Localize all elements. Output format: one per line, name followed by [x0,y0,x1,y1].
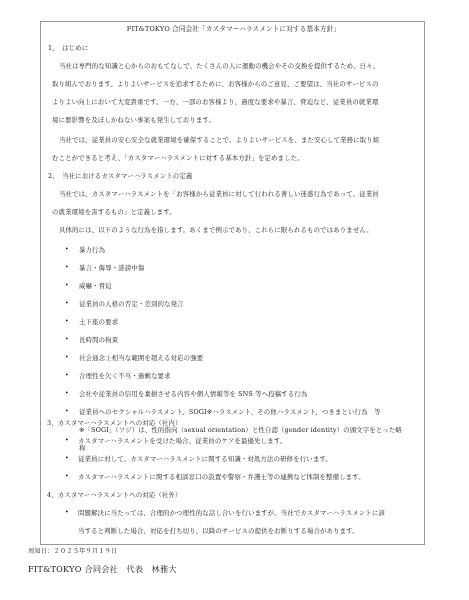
company-signature: FIT&TOKYO 合同会社 代表 林雅大 [28,564,177,574]
bullet-icon: • [65,318,69,326]
bullet-icon: • [65,372,69,380]
policy-document-box: FIT&TOKYO 合同会社「カスタマーハラスメントに対する基本方針」 1、 は… [40,21,425,545]
section-1-paragraph-1-line-4: 境に悪影響を及ぼしかねない事案も発生しております。 [52,116,215,124]
list-item: 長時間の拘束 [79,336,118,344]
list-item: 土下座の要求 [79,318,118,326]
bullet-icon: • [65,264,69,272]
section-2-paragraph-2: 具体的には、以下のような行為を指します。あくまで例示であり、これらに限られるもの… [59,226,373,234]
section-3-heading: 3、カスタマーハラスメントへの対応（社内） [47,419,182,427]
bullet-icon: • [65,437,69,445]
list-item-line-1: 問題解決に当たっては、合理的かつ理性的な話し合いを行いますが、当社でカスタマーハ… [78,509,385,517]
bullet-icon: • [65,246,69,254]
list-item-line-2: 当すると判断した場合、対応を打ち切り、以降のサービスの提供をお断りする場合があり… [78,527,359,535]
section-1-heading: 1、 はじめに [48,44,88,52]
bullet-icon: • [65,354,69,362]
document-title: FIT&TOKYO 合同会社「カスタマーハラスメントに対する基本方針」 [41,25,426,33]
sogi-note-line-1: ※「SOGI」（ソジ）は、性的指向（sexual orientation）と性自… [79,426,402,434]
list-item: 暴言・侮辱・誹謗中傷 [79,264,144,272]
bullet-icon: • [65,300,69,308]
bullet-icon: • [65,282,69,290]
sogi-note-line-2: 称 [79,444,86,452]
bullet-icon: • [65,473,69,481]
list-item: 従業員に対して、カスタマーハラスメントに関する知識・対処方法の研修を行います。 [78,455,332,463]
section-1-paragraph-2-line-1: 当社では、従業員の安心安全な就業環境を確保することで、よりよいサービスを、また安… [59,136,379,144]
section-2-paragraph-1-line-1: 当社では、カスタマーハラスメントを「お客様から従業員に対して行われる著しい迷惑行… [59,190,379,198]
section-1-paragraph-1-line-3: よりよい向上において大変貴重です。一方、一部のお客様より、過度な要求や暴言、脅迫… [52,98,379,106]
section-1-paragraph-1-line-2: 取り組んでおります。よりよいサービスを追求するために、お客様からのご意見、ご要望… [52,80,379,88]
list-item: 従業員へのセクシャルハラスメント、SOGI※ハラスメント、その他ハラスメント、つ… [79,408,381,416]
notice-date: 周知日：２０２５年９月１９日 [28,548,117,556]
bullet-icon: • [65,408,69,416]
section-1-paragraph-2-line-2: むことができると考え、「カスタマーハラスメントに対する基本方針」を定めました。 [52,154,304,162]
section-2-paragraph-1-line-2: の就業環境を害するもの」と定義します。 [52,208,176,216]
list-item: 社会通念上相当な範囲を超える対応の強要 [79,354,203,362]
list-item: 従業員の人格の否定・差別的な発言 [79,300,184,308]
list-item: カスタマーハラスメントを受けた場合、従業員のケアを最優先します。 [78,437,286,445]
list-item: 合理性を欠く不当・過剰な要求 [79,372,171,380]
list-item: 威嚇・脅迫 [79,282,112,290]
section-2-heading: 2、 当社におけるカスタマーハラスメントの定義 [48,172,192,180]
bullet-icon: • [65,455,69,463]
section-1-paragraph-1-line-1: 当社は専門的な知識と心からのおもてなしで、たくさんの人に運動の機会やその交換を提… [59,62,379,70]
list-item: 暴力行為 [79,246,105,254]
section-4-heading: 4、カスタマーハラスメントへの対応（社外） [47,491,182,499]
list-item: カスタマーハラスメントに関する相談窓口の設置や警察・弁護士等の連携など体制を整備… [78,473,365,481]
bullet-icon: • [65,509,69,517]
bullet-icon: • [65,336,69,344]
bullet-icon: • [65,390,69,398]
list-item: 会社や従業員の信用を棄損させる内容や個人情報等を SNS 等へ投稿する行為 [79,390,307,398]
